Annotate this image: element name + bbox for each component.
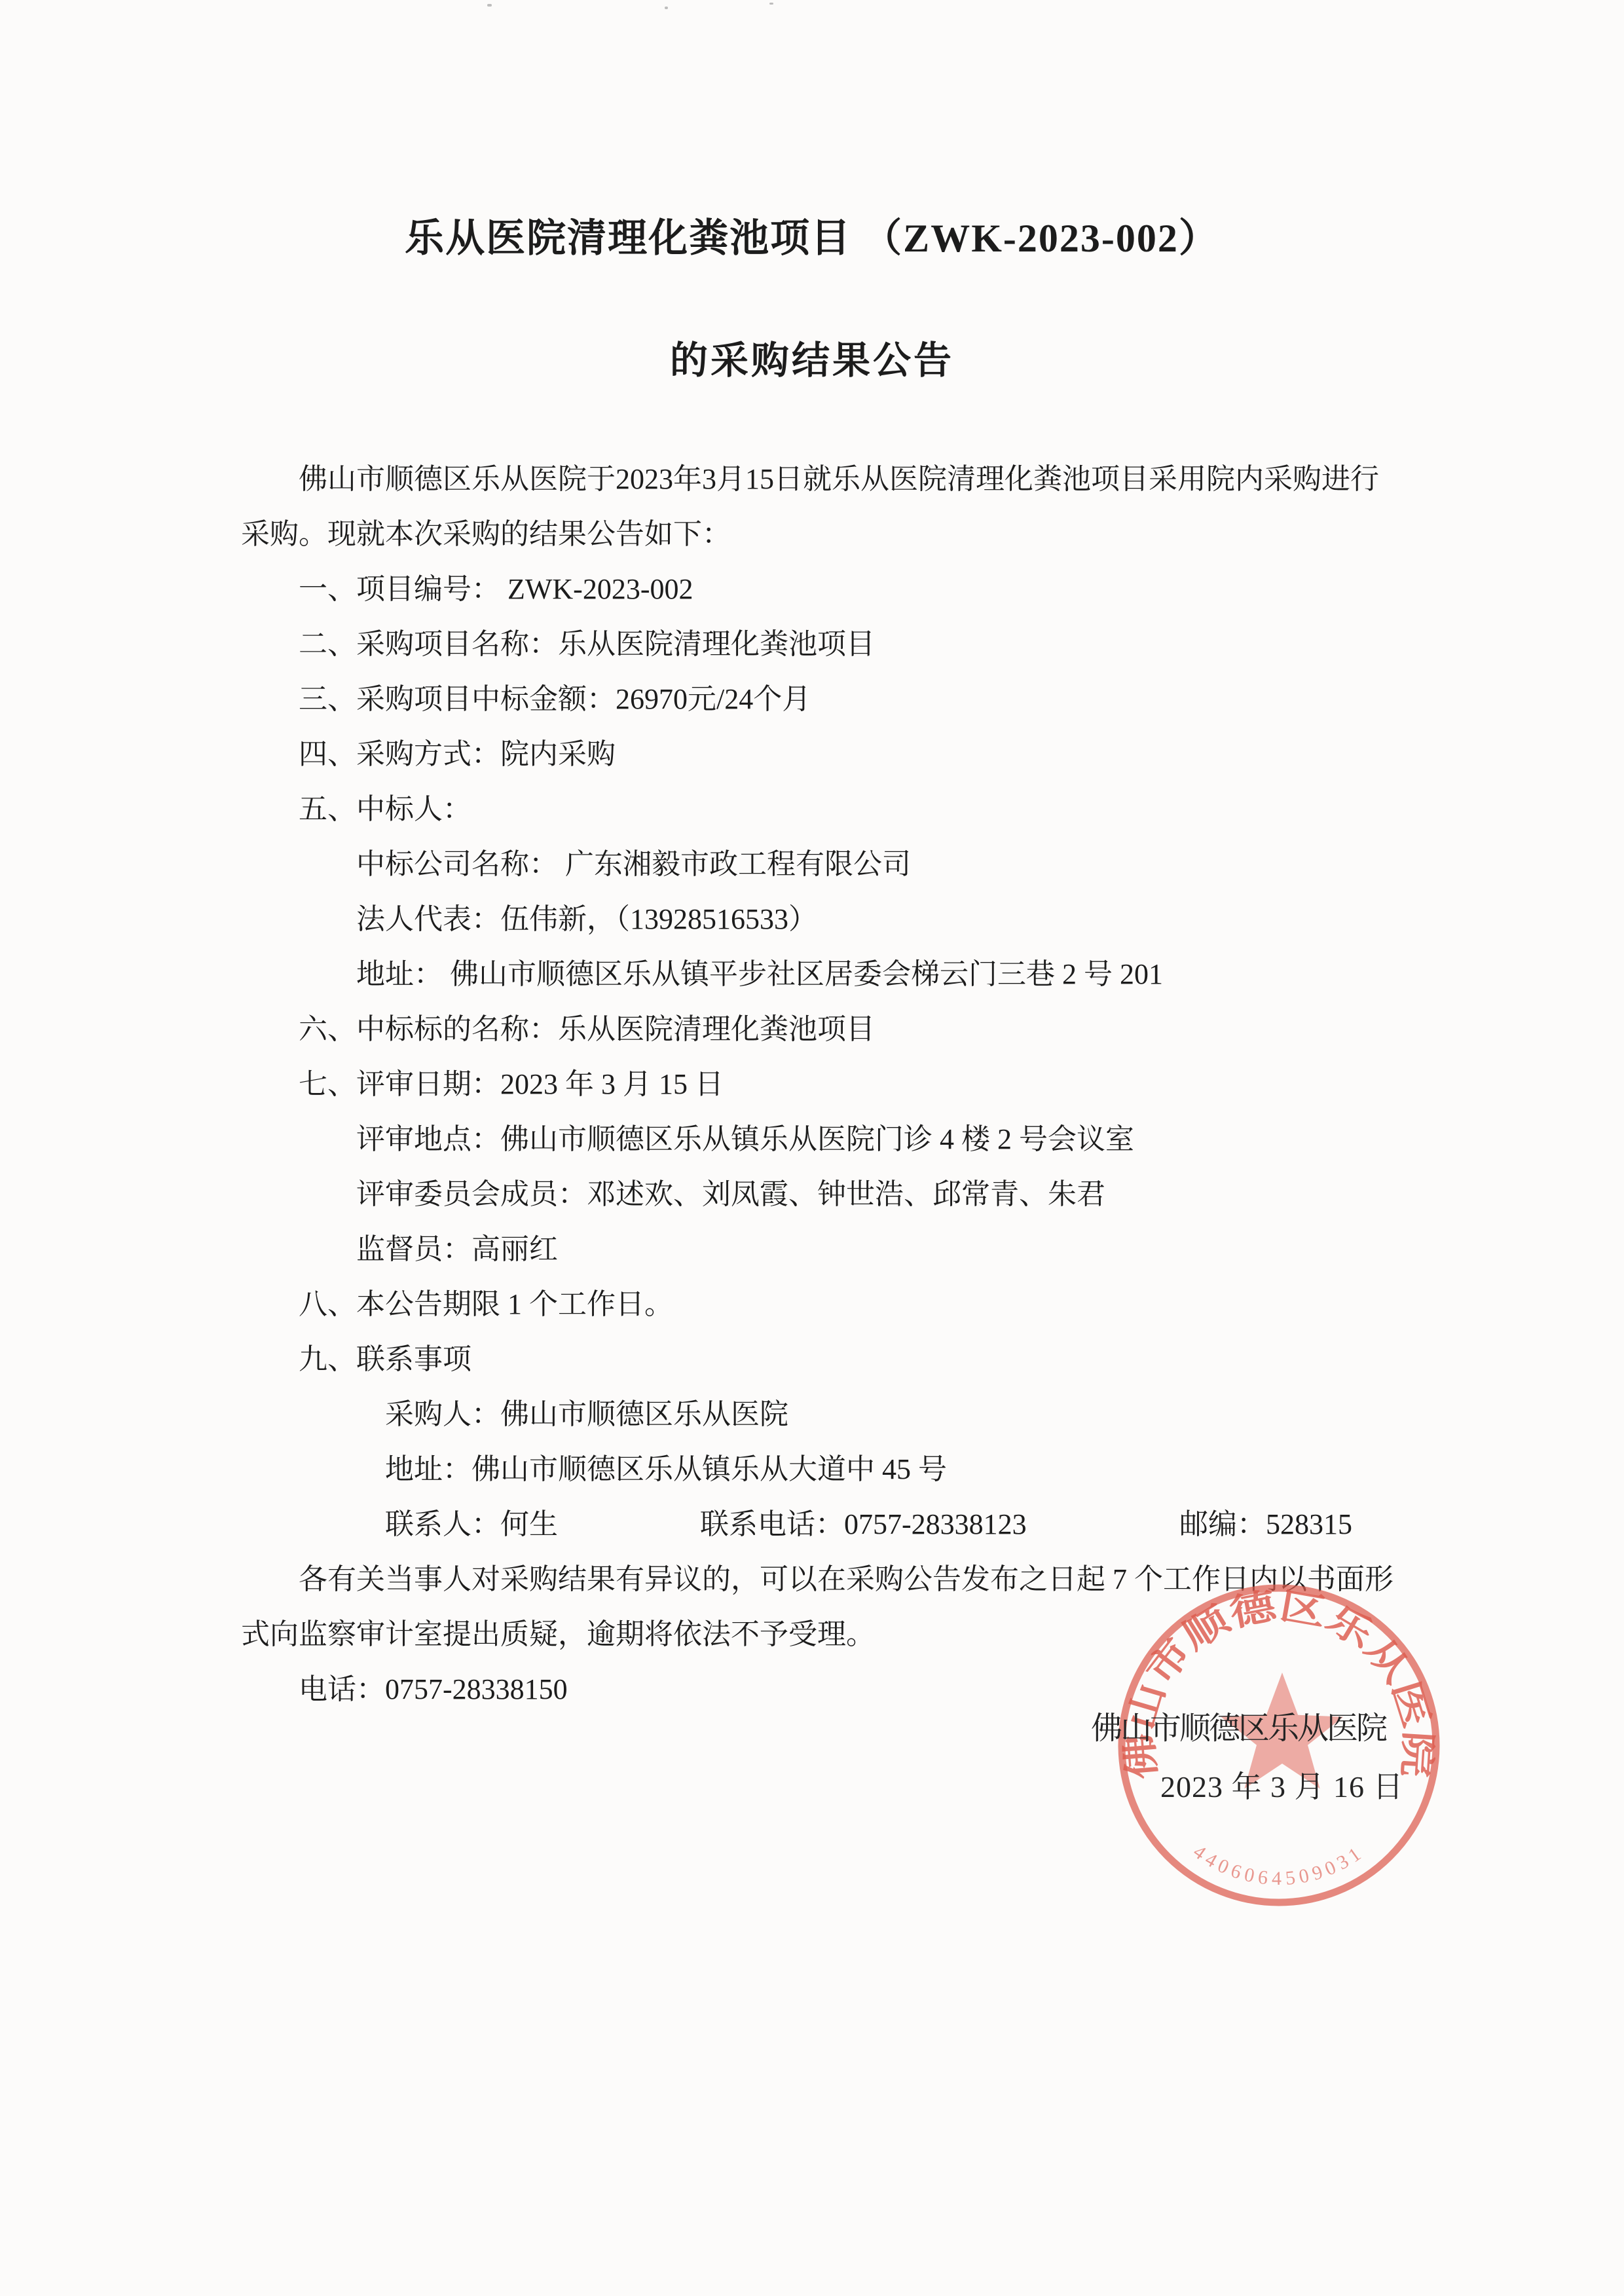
item-review-date: 七、评审日期：2023 年 3 月 15 日 xyxy=(241,1057,1383,1112)
document-body: 佛山市顺德区乐从医院于2023年3月15日就乐从医院清理化粪池项目采用院内采购进… xyxy=(241,452,1383,1717)
item-review-location: 评审地点：佛山市顺德区乐从镇乐从医院门诊 4 楼 2 号会议室 xyxy=(241,1112,1383,1167)
item-winner-company: 中标公司名称： 广东湘毅市政工程有限公司 xyxy=(241,837,1383,892)
document-title-line2: 的采购结果公告 xyxy=(0,329,1624,384)
intro-line-1: 佛山市顺德区乐从医院于2023年3月15日就乐从医院清理化粪池项目采用院内采购进… xyxy=(241,452,1383,507)
scan-speck xyxy=(769,3,773,5)
contact-postal-code: 邮编：528315 xyxy=(1179,1497,1352,1552)
item-project-number: 一、项目编号： ZWK-2023-002 xyxy=(241,562,1383,617)
signature-date: 2023 年 3 月 16 日 xyxy=(1160,1763,1404,1806)
contact-phone: 联系电话：0757-28338123 xyxy=(700,1497,1027,1552)
seal-serial-number: 4406064509031 xyxy=(1189,1841,1369,1889)
item-purchaser: 采购人：佛山市顺德区乐从医院 xyxy=(241,1387,1383,1442)
contact-person: 联系人：何生 xyxy=(385,1497,558,1552)
item-award-amount: 三、采购项目中标金额：26970元/24个月 xyxy=(241,672,1383,727)
document-title-line1: 乐从医院清理化粪池项目 （ZWK-2023-002） xyxy=(0,207,1624,263)
item-purchaser-address: 地址：佛山市顺德区乐从镇乐从大道中 45 号 xyxy=(241,1442,1383,1497)
item-award-subject: 六、中标标的名称：乐从医院清理化粪池项目 xyxy=(241,1002,1383,1057)
item-winner-heading: 五、中标人： xyxy=(241,782,1383,837)
scan-speck xyxy=(665,7,668,9)
contact-row: 联系人：何生 联系电话：0757-28338123 邮编：528315 xyxy=(241,1497,1383,1552)
item-legal-representative: 法人代表：伍伟新，（13928516533） xyxy=(241,892,1383,947)
item-procurement-method: 四、采购方式：院内采购 xyxy=(241,727,1383,782)
scan-speck xyxy=(487,4,492,7)
signature-organization: 佛山市顺德区乐从医院 xyxy=(1091,1703,1386,1748)
item-winner-address: 地址： 佛山市顺德区乐从镇平步社区居委会梯云门三巷 2 号 201 xyxy=(241,947,1383,1002)
item-project-name: 二、采购项目名称：乐从医院清理化粪池项目 xyxy=(241,617,1383,672)
scanned-document-page: 乐从医院清理化粪池项目 （ZWK-2023-002） 的采购结果公告 佛山市顺德… xyxy=(0,0,1624,2296)
item-supervisor: 监督员：高丽红 xyxy=(241,1222,1383,1277)
item-review-committee: 评审委员会成员：邓述欢、刘凤霞、钟世浩、邱常青、朱君 xyxy=(241,1167,1383,1222)
intro-line-2: 采购。现就本次采购的结果公告如下： xyxy=(241,507,1383,562)
item-contact-heading: 九、联系事项 xyxy=(241,1332,1383,1387)
item-announcement-period: 八、本公告期限 1 个工作日。 xyxy=(241,1277,1383,1332)
